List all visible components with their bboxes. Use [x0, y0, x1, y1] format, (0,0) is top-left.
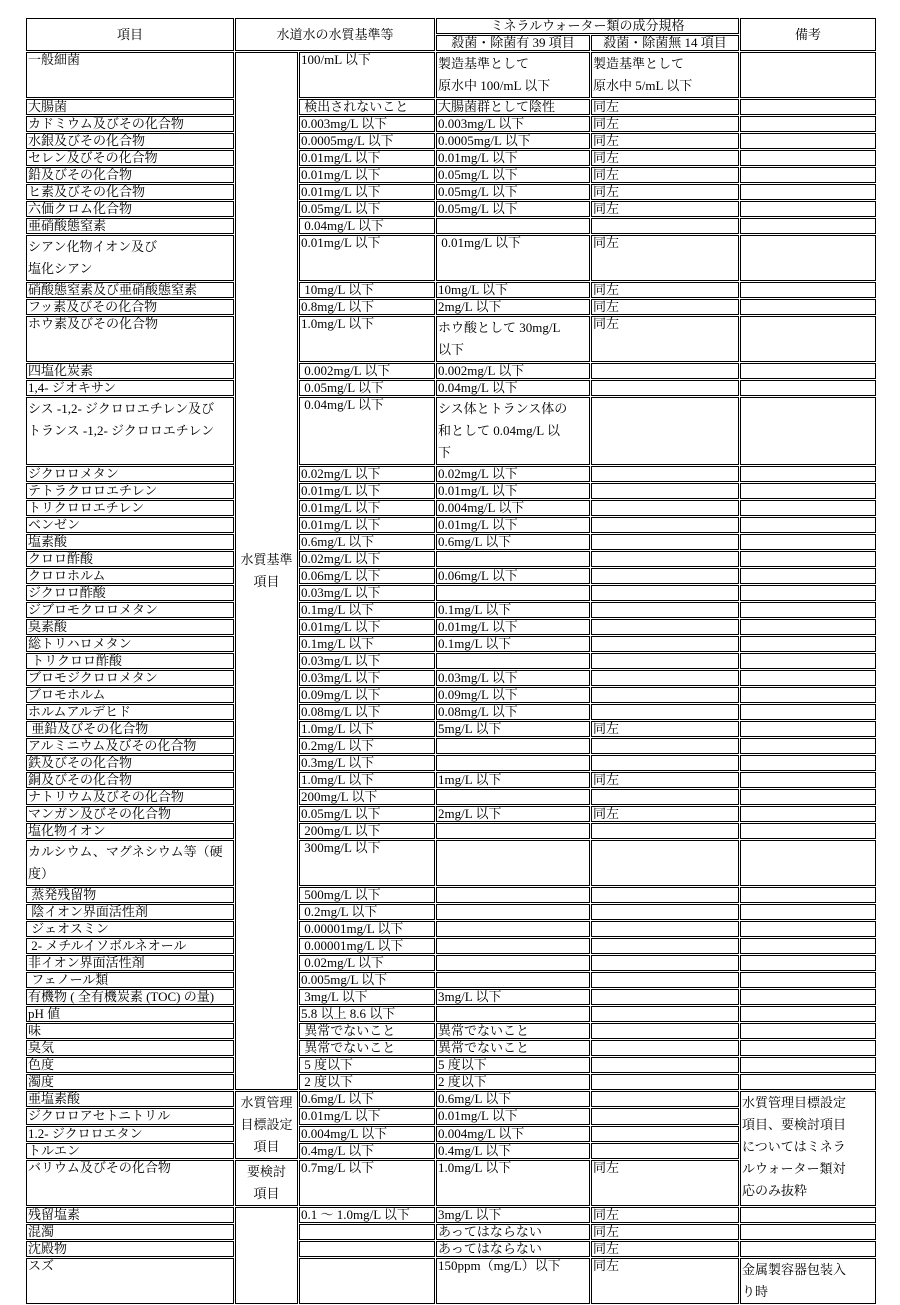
tap-standard-cell: 0.04mg/L 以下	[299, 397, 435, 465]
item-cell: 2- メチルイソボルネオール	[26, 938, 234, 954]
mineral-14-cell	[591, 904, 739, 920]
mineral-14-cell	[591, 755, 739, 771]
tap-standard-cell: 0.01mg/L 以下	[299, 167, 435, 183]
mineral-39-cell: シス体とトランス体の 和として 0.04mg/L 以 下	[436, 397, 590, 465]
item-cell: マンガン及びその化合物	[26, 806, 234, 822]
mineral-39-cell: 0.002mg/L 以下	[436, 363, 590, 379]
tap-standard-cell: 0.2mg/L 以下	[299, 738, 435, 754]
header-row-1: 項目 水道水の水質基準等 ミネラルウォーター類の成分規格 備考	[26, 18, 876, 34]
table-row: ブロモホルム0.09mg/L 以下0.09mg/L 以下	[26, 687, 876, 703]
tap-standard-cell: 0.01mg/L 以下	[299, 1108, 435, 1124]
table-row: 沈殿物あってはならない同左	[26, 1241, 876, 1257]
table-row: フェノール類0.005mg/L 以下	[26, 972, 876, 988]
mineral-39-cell: 10mg/L 以下	[436, 282, 590, 298]
tap-standard-cell: 0.01mg/L 以下	[299, 150, 435, 166]
item-cell: 非イオン界面活性剤	[26, 955, 234, 971]
remark-cell	[740, 99, 876, 115]
mineral-39-cell: 0.01mg/L 以下	[436, 517, 590, 533]
remark-cell	[740, 116, 876, 132]
tap-standard-cell: 300mg/L 以下	[299, 840, 435, 886]
mineral-39-cell	[436, 1006, 590, 1022]
tap-standard-cell: 0.05mg/L 以下	[299, 806, 435, 822]
item-cell: カドミウム及びその化合物	[26, 116, 234, 132]
item-cell: 銅及びその化合物	[26, 772, 234, 788]
mineral-39-cell: 異常でないこと	[436, 1023, 590, 1039]
mineral-14-cell: 同左	[591, 116, 739, 132]
table-row: クロロ酢酸0.02mg/L 以下	[26, 551, 876, 567]
category-cell: 水質管理 目標設定 項目	[235, 1091, 298, 1159]
table-row: 陰イオン界面活性剤 0.2mg/L 以下	[26, 904, 876, 920]
mineral-14-cell	[591, 972, 739, 988]
mineral-14-cell	[591, 466, 739, 482]
remark-cell	[740, 619, 876, 635]
mineral-39-cell: 0.1mg/L 以下	[436, 602, 590, 618]
remark-cell	[740, 201, 876, 217]
tap-standard-cell: 0.05mg/L 以下	[299, 380, 435, 396]
mineral-14-cell	[591, 1040, 739, 1056]
item-cell: 亜塩素酸	[26, 1091, 234, 1107]
remark-cell	[740, 921, 876, 937]
mineral-14-cell: 同左	[591, 167, 739, 183]
mineral-39-cell: 0.05mg/L 以下	[436, 184, 590, 200]
mineral-14-cell	[591, 636, 739, 652]
table-row: 総トリハロメタン0.1mg/L 以下0.1mg/L 以下	[26, 636, 876, 652]
table-row: カルシウム、マグネシウム等（硬 度） 300mg/L 以下	[26, 840, 876, 886]
table-row: 味 異常でないこと異常でないこと	[26, 1023, 876, 1039]
mineral-14-cell	[591, 823, 739, 839]
item-cell: 一般細菌	[26, 52, 234, 98]
mineral-39-cell: 0.05mg/L 以下	[436, 167, 590, 183]
table-row: ジクロロ酢酸0.03mg/L 以下	[26, 585, 876, 601]
item-cell: ホウ素及びその化合物	[26, 316, 234, 362]
table-row: ベンゼン0.01mg/L 以下0.01mg/L 以下	[26, 517, 876, 533]
header-item: 項目	[26, 18, 234, 51]
tap-standard-cell: 0.06mg/L 以下	[299, 568, 435, 584]
remark-cell	[740, 150, 876, 166]
mineral-39-cell	[436, 823, 590, 839]
item-cell: 味	[26, 1023, 234, 1039]
mineral-39-cell: 0.01mg/L 以下	[436, 483, 590, 499]
mineral-14-cell	[591, 517, 739, 533]
mineral-39-cell: 2 度以下	[436, 1074, 590, 1090]
table-row: ジェオスミン 0.00001mg/L 以下	[26, 921, 876, 937]
mineral-14-cell	[591, 989, 739, 1005]
item-cell: 色度	[26, 1057, 234, 1073]
mineral-14-cell	[591, 1126, 739, 1142]
mineral-39-cell	[436, 955, 590, 971]
mineral-39-cell: あってはならない	[436, 1241, 590, 1257]
mineral-14-cell	[591, 568, 739, 584]
tap-standard-cell: 0.04mg/L 以下	[299, 218, 435, 234]
item-cell: ホルムアルデヒド	[26, 704, 234, 720]
item-cell: 亜鉛及びその化合物	[26, 721, 234, 737]
table-row: ブロモジクロロメタン0.03mg/L 以下0.03mg/L 以下	[26, 670, 876, 686]
item-cell: ジェオスミン	[26, 921, 234, 937]
mineral-39-cell: 150ppm（mg/L）以下	[436, 1258, 590, 1304]
mineral-14-cell	[591, 887, 739, 903]
mineral-39-cell	[436, 938, 590, 954]
table-row: 塩化物イオン 200mg/L 以下	[26, 823, 876, 839]
mineral-14-cell: 同左	[591, 282, 739, 298]
item-cell: ジクロロアセトニトリル	[26, 1108, 234, 1124]
mineral-39-cell: 5mg/L 以下	[436, 721, 590, 737]
remark-cell	[740, 670, 876, 686]
remark-cell	[740, 955, 876, 971]
item-cell: セレン及びその化合物	[26, 150, 234, 166]
mineral-14-cell: 同左	[591, 133, 739, 149]
tap-standard-cell: 0.02mg/L 以下	[299, 551, 435, 567]
mineral-14-cell	[591, 738, 739, 754]
mineral-14-cell	[591, 380, 739, 396]
mineral-39-cell: 異常でないこと	[436, 1040, 590, 1056]
mineral-39-cell: 大腸菌群として陰性	[436, 99, 590, 115]
table-row: 濁度 2 度以下2 度以下	[26, 1074, 876, 1090]
mineral-39-cell	[436, 840, 590, 886]
remark-cell	[740, 184, 876, 200]
table-row: フッ素及びその化合物0.8mg/L 以下2mg/L 以下同左	[26, 299, 876, 315]
remark-cell	[740, 1207, 876, 1223]
header-mineral-water-group: ミネラルウォーター類の成分規格	[436, 18, 739, 34]
remark-cell	[740, 585, 876, 601]
table-row: 硝酸態窒素及び亜硝酸態窒素 10mg/L 以下10mg/L 以下同左	[26, 282, 876, 298]
tap-standard-cell: 1.0mg/L 以下	[299, 316, 435, 362]
table-row: 水銀及びその化合物0.0005mg/L 以下0.0005mg/L 以下同左	[26, 133, 876, 149]
tap-standard-cell: 10mg/L 以下	[299, 282, 435, 298]
tap-standard-cell: 0.1mg/L 以下	[299, 636, 435, 652]
mineral-14-cell	[591, 483, 739, 499]
remark-cell	[740, 466, 876, 482]
mineral-14-cell	[591, 687, 739, 703]
mineral-39-cell	[436, 551, 590, 567]
tap-standard-cell: 1.0mg/L 以下	[299, 721, 435, 737]
remark-cell	[740, 568, 876, 584]
mineral-14-cell	[591, 397, 739, 465]
table-row: カドミウム及びその化合物0.003mg/L 以下0.003mg/L 以下同左	[26, 116, 876, 132]
mineral-14-cell	[591, 534, 739, 550]
table-row: ホウ素及びその化合物1.0mg/L 以下ホウ酸として 30mg/L 以下同左	[26, 316, 876, 362]
table-row: ジブロモクロロメタン0.1mg/L 以下0.1mg/L 以下	[26, 602, 876, 618]
item-cell: シス -1,2- ジクロロエチレン及び トランス -1,2- ジクロロエチレン	[26, 397, 234, 465]
mineral-14-cell: 同左	[591, 1224, 739, 1240]
mineral-14-cell: 同左	[591, 150, 739, 166]
water-quality-standards-table: 項目 水道水の水質基準等 ミネラルウォーター類の成分規格 備考 殺菌・除菌有 3…	[25, 17, 877, 1305]
remark-cell	[740, 755, 876, 771]
item-cell: ベンゼン	[26, 517, 234, 533]
remark-cell	[740, 687, 876, 703]
header-unsterilized-14: 殺菌・除菌無 14 項目	[591, 35, 739, 51]
table-row: セレン及びその化合物0.01mg/L 以下0.01mg/L 以下同左	[26, 150, 876, 166]
tap-standard-cell: 0.01mg/L 以下	[299, 483, 435, 499]
tap-standard-cell	[299, 1241, 435, 1257]
remark-cell	[740, 500, 876, 516]
mineral-14-cell	[591, 500, 739, 516]
item-cell: 鉛及びその化合物	[26, 167, 234, 183]
table-row: 色度 5 度以下5 度以下	[26, 1057, 876, 1073]
mineral-39-cell	[436, 904, 590, 920]
item-cell: クロロ酢酸	[26, 551, 234, 567]
mineral-14-cell: 同左	[591, 184, 739, 200]
item-cell: ヒ素及びその化合物	[26, 184, 234, 200]
mineral-39-cell	[436, 653, 590, 669]
item-cell: 蒸発残留物	[26, 887, 234, 903]
mineral-14-cell	[591, 363, 739, 379]
item-cell: フッ素及びその化合物	[26, 299, 234, 315]
item-cell: 四塩化炭素	[26, 363, 234, 379]
remark-cell	[740, 1057, 876, 1073]
tap-standard-cell: 0.7mg/L 以下	[299, 1160, 435, 1206]
mineral-39-cell: 製造基準として 原水中 100/mL 以下	[436, 52, 590, 98]
tap-standard-cell: 0.4mg/L 以下	[299, 1143, 435, 1159]
remark-cell	[740, 1224, 876, 1240]
item-cell: 鉄及びその化合物	[26, 755, 234, 771]
item-cell: 六価クロム化合物	[26, 201, 234, 217]
remark-cell	[740, 1006, 876, 1022]
tap-standard-cell: 0.05mg/L 以下	[299, 201, 435, 217]
mineral-14-cell	[591, 619, 739, 635]
item-cell: トリクロロエチレン	[26, 500, 234, 516]
mineral-39-cell: 0.6mg/L 以下	[436, 1091, 590, 1107]
tap-standard-cell: 0.3mg/L 以下	[299, 755, 435, 771]
mineral-39-cell: 0.06mg/L 以下	[436, 568, 590, 584]
table-row: 2- メチルイソボルネオール 0.00001mg/L 以下	[26, 938, 876, 954]
remark-cell	[740, 653, 876, 669]
remark-cell	[740, 52, 876, 98]
item-cell: クロロホルム	[26, 568, 234, 584]
tap-standard-cell: 200mg/L 以下	[299, 789, 435, 805]
mineral-14-cell: 同左	[591, 99, 739, 115]
table-row: 非イオン界面活性剤 0.02mg/L 以下	[26, 955, 876, 971]
mineral-39-cell: 5 度以下	[436, 1057, 590, 1073]
remark-cell	[740, 316, 876, 362]
table-row: マンガン及びその化合物0.05mg/L 以下2mg/L 以下同左	[26, 806, 876, 822]
table-row: クロロホルム0.06mg/L 以下0.06mg/L 以下	[26, 568, 876, 584]
table-row: 鉄及びその化合物0.3mg/L 以下	[26, 755, 876, 771]
category-cell: 水質基準 項目	[235, 52, 298, 1090]
remark-cell	[740, 806, 876, 822]
tap-standard-cell: 0.00001mg/L 以下	[299, 938, 435, 954]
category-cell	[235, 1207, 298, 1304]
item-cell: テトラクロロエチレン	[26, 483, 234, 499]
item-cell: ジブロモクロロメタン	[26, 602, 234, 618]
tap-standard-cell: 0.01mg/L 以下	[299, 619, 435, 635]
remark-cell	[740, 380, 876, 396]
remark-cell	[740, 972, 876, 988]
mineral-14-cell	[591, 1057, 739, 1073]
header-sterilized-39: 殺菌・除菌有 39 項目	[436, 35, 590, 51]
item-cell: ナトリウム及びその化合物	[26, 789, 234, 805]
remark-cell	[740, 517, 876, 533]
mineral-39-cell: 3mg/L 以下	[436, 989, 590, 1005]
remark-cell: 水質管理目標設定 項目、要検討項目 についてはミネラ ルウォーター類対 応のみ抜…	[740, 1091, 876, 1206]
tap-standard-cell: 5.8 以上 8.6 以下	[299, 1006, 435, 1022]
remark-cell	[740, 1074, 876, 1090]
mineral-39-cell: あってはならない	[436, 1224, 590, 1240]
mineral-39-cell: 0.09mg/L 以下	[436, 687, 590, 703]
table-row: 1,4- ジオキサン 0.05mg/L 以下0.04mg/L 以下	[26, 380, 876, 396]
mineral-39-cell: 1.0mg/L 以下	[436, 1160, 590, 1206]
remark-cell	[740, 167, 876, 183]
mineral-39-cell	[436, 887, 590, 903]
mineral-14-cell	[591, 670, 739, 686]
mineral-14-cell	[591, 1143, 739, 1159]
tap-standard-cell: 0.02mg/L 以下	[299, 955, 435, 971]
mineral-14-cell	[591, 1006, 739, 1022]
remark-cell	[740, 397, 876, 465]
tap-standard-cell: 3mg/L 以下	[299, 989, 435, 1005]
table-row: 蒸発残留物 500mg/L 以下	[26, 887, 876, 903]
remark-cell	[740, 636, 876, 652]
remark-cell	[740, 938, 876, 954]
mineral-39-cell: 0.003mg/L 以下	[436, 116, 590, 132]
tap-standard-cell: 1.0mg/L 以下	[299, 772, 435, 788]
table-row: 銅及びその化合物1.0mg/L 以下1mg/L 以下同左	[26, 772, 876, 788]
mineral-14-cell: 同左	[591, 1241, 739, 1257]
mineral-14-cell	[591, 1023, 739, 1039]
item-cell: トリクロロ酢酸	[26, 653, 234, 669]
tap-standard-cell	[299, 1224, 435, 1240]
tap-standard-cell: 0.8mg/L 以下	[299, 299, 435, 315]
remark-cell	[740, 1040, 876, 1056]
mineral-39-cell: 3mg/L 以下	[436, 1207, 590, 1223]
item-cell: スズ	[26, 1258, 234, 1304]
tap-standard-cell: 0.08mg/L 以下	[299, 704, 435, 720]
mineral-39-cell: 0.03mg/L 以下	[436, 670, 590, 686]
mineral-14-cell	[591, 789, 739, 805]
category-cell: 要検討 項目	[235, 1160, 298, 1206]
mineral-14-cell: 同左	[591, 1160, 739, 1206]
item-cell: ジクロロメタン	[26, 466, 234, 482]
mineral-39-cell	[436, 585, 590, 601]
remark-cell	[740, 738, 876, 754]
tap-standard-cell: 0.002mg/L 以下	[299, 363, 435, 379]
table-row: トリクロロエチレン0.01mg/L 以下0.004mg/L 以下	[26, 500, 876, 516]
item-cell: 陰イオン界面活性剤	[26, 904, 234, 920]
mineral-14-cell	[591, 1074, 739, 1090]
tap-standard-cell: 0.003mg/L 以下	[299, 116, 435, 132]
mineral-39-cell: 0.01mg/L 以下	[436, 619, 590, 635]
item-cell: 水銀及びその化合物	[26, 133, 234, 149]
remark-cell	[740, 235, 876, 281]
mineral-14-cell: 同左	[591, 806, 739, 822]
table-body: 一般細菌水質基準 項目100/mL 以下製造基準として 原水中 100/mL 以…	[26, 52, 876, 1304]
remark-cell	[740, 218, 876, 234]
mineral-39-cell: 0.1mg/L 以下	[436, 636, 590, 652]
mineral-14-cell: 同左	[591, 1207, 739, 1223]
table-row: テトラクロロエチレン0.01mg/L 以下0.01mg/L 以下	[26, 483, 876, 499]
mineral-39-cell: 0.0005mg/L 以下	[436, 133, 590, 149]
remark-cell	[740, 363, 876, 379]
tap-standard-cell: 異常でないこと	[299, 1040, 435, 1056]
tap-standard-cell: 0.2mg/L 以下	[299, 904, 435, 920]
item-cell: 濁度	[26, 1074, 234, 1090]
mineral-39-cell	[436, 738, 590, 754]
tap-standard-cell: 0.0005mg/L 以下	[299, 133, 435, 149]
mineral-39-cell	[436, 755, 590, 771]
table-row: トリクロロ酢酸0.03mg/L 以下	[26, 653, 876, 669]
item-cell: 有機物 ( 全有機炭素 (TOC) の量)	[26, 989, 234, 1005]
mineral-14-cell: 同左	[591, 772, 739, 788]
remark-cell	[740, 823, 876, 839]
table-row: 塩素酸0.6mg/L 以下0.6mg/L 以下	[26, 534, 876, 550]
tap-standard-cell: 0.09mg/L 以下	[299, 687, 435, 703]
remark-cell	[740, 887, 876, 903]
header-tap-water-standard: 水道水の水質基準等	[235, 18, 435, 51]
mineral-39-cell	[436, 218, 590, 234]
remark-cell	[740, 721, 876, 737]
tap-standard-cell: 0.00001mg/L 以下	[299, 921, 435, 937]
tap-standard-cell: 0.1 ～ 1.0mg/L 以下	[299, 1207, 435, 1223]
tap-standard-cell: 検出されないこと	[299, 99, 435, 115]
mineral-14-cell	[591, 585, 739, 601]
mineral-14-cell	[591, 938, 739, 954]
item-cell: フェノール類	[26, 972, 234, 988]
item-cell: 残留塩素	[26, 1207, 234, 1223]
mineral-14-cell: 同左	[591, 235, 739, 281]
mineral-39-cell: 0.02mg/L 以下	[436, 466, 590, 482]
mineral-14-cell: 同左	[591, 316, 739, 362]
tap-standard-cell: 100/mL 以下	[299, 52, 435, 98]
remark-cell	[740, 789, 876, 805]
mineral-14-cell	[591, 653, 739, 669]
mineral-14-cell: 製造基準として 原水中 5/mL 以下	[591, 52, 739, 98]
tap-standard-cell: 0.6mg/L 以下	[299, 1091, 435, 1107]
table-row: pH 値5.8 以上 8.6 以下	[26, 1006, 876, 1022]
item-cell: トルエン	[26, 1143, 234, 1159]
tap-standard-cell: 異常でないこと	[299, 1023, 435, 1039]
mineral-39-cell	[436, 921, 590, 937]
table-row: 混濁あってはならない同左	[26, 1224, 876, 1240]
mineral-14-cell	[591, 218, 739, 234]
item-cell: 1,4- ジオキサン	[26, 380, 234, 396]
mineral-14-cell	[591, 551, 739, 567]
item-cell: 沈殿物	[26, 1241, 234, 1257]
tap-standard-cell: 2 度以下	[299, 1074, 435, 1090]
table-row: 亜鉛及びその化合物1.0mg/L 以下5mg/L 以下同左	[26, 721, 876, 737]
remark-cell	[740, 534, 876, 550]
item-cell: 亜硝酸態窒素	[26, 218, 234, 234]
item-cell: 大腸菌	[26, 99, 234, 115]
mineral-39-cell: 0.04mg/L 以下	[436, 380, 590, 396]
mineral-39-cell: 0.004mg/L 以下	[436, 1126, 590, 1142]
tap-standard-cell: 0.03mg/L 以下	[299, 670, 435, 686]
remark-cell	[740, 551, 876, 567]
tap-standard-cell	[299, 1258, 435, 1304]
remark-cell	[740, 483, 876, 499]
mineral-14-cell: 同左	[591, 721, 739, 737]
item-cell: ブロモホルム	[26, 687, 234, 703]
mineral-14-cell: 同左	[591, 299, 739, 315]
table-row: シス -1,2- ジクロロエチレン及び トランス -1,2- ジクロロエチレン …	[26, 397, 876, 465]
tap-standard-cell: 0.01mg/L 以下	[299, 235, 435, 281]
item-cell: 総トリハロメタン	[26, 636, 234, 652]
remark-cell	[740, 772, 876, 788]
table-row: アルミニウム及びその化合物0.2mg/L 以下	[26, 738, 876, 754]
mineral-39-cell: 0.08mg/L 以下	[436, 704, 590, 720]
mineral-39-cell	[436, 972, 590, 988]
table-row: 有機物 ( 全有機炭素 (TOC) の量) 3mg/L 以下3mg/L 以下	[26, 989, 876, 1005]
remark-cell	[740, 133, 876, 149]
item-cell: ブロモジクロロメタン	[26, 670, 234, 686]
tap-standard-cell: 0.004mg/L 以下	[299, 1126, 435, 1142]
mineral-39-cell: 2mg/L 以下	[436, 299, 590, 315]
table-row: スズ150ppm（mg/L）以下同左金属製容器包装入 り時	[26, 1258, 876, 1304]
item-cell: 塩化物イオン	[26, 823, 234, 839]
mineral-14-cell: 同左	[591, 1258, 739, 1304]
table-row: 残留塩素0.1 ～ 1.0mg/L 以下3mg/L 以下同左	[26, 1207, 876, 1223]
remark-cell	[740, 602, 876, 618]
item-cell: シアン化物イオン及び 塩化シアン	[26, 235, 234, 281]
tap-standard-cell: 0.1mg/L 以下	[299, 602, 435, 618]
